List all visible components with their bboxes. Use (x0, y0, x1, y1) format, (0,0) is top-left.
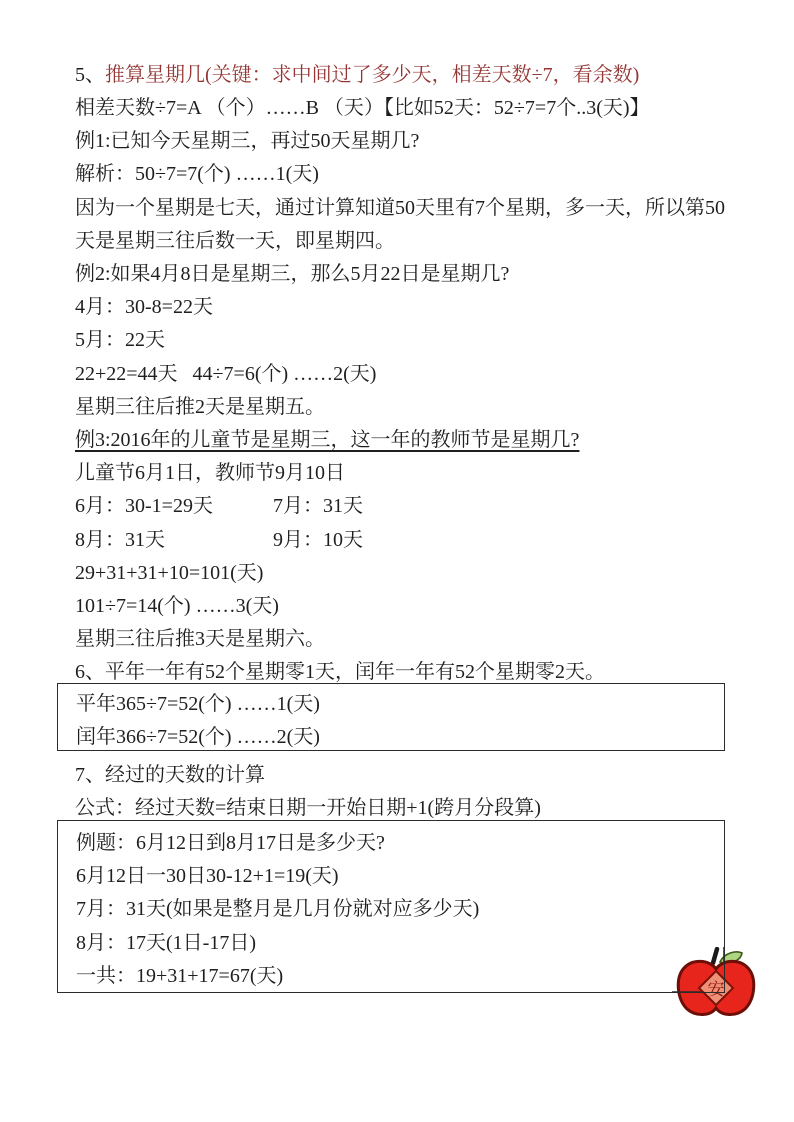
elapsed-june-calc: 6月12日一30日30-12+1=19(天) (76, 864, 339, 888)
example3-answer: 星期三往后推3天是星期六。 (75, 627, 325, 651)
example3-july: 7月：31天 (273, 495, 363, 517)
example2-answer: 星期三往后推2天是星期五。 (75, 395, 325, 419)
elapsed-days-example-box: 例题：6月12日到8月17日是多少天? 6月12日一30日30-12+1=19(… (57, 820, 725, 993)
example2-question: 例2:如果4月8日是星期三，那么5月22日是星期几? (75, 262, 509, 286)
section5-title: 推算星期几(关键：求中间过了多少天，相差天数÷7，看余数) (105, 64, 639, 86)
example1-solution: 解析：50÷7=7(个) ……1(天) (75, 162, 319, 186)
example2-may: 5月：22天 (75, 328, 165, 352)
leap-year-formula: 闰年366÷7=52(个) ……2(天) (76, 725, 320, 749)
example2-april: 4月：30-8=22天 (75, 295, 213, 319)
example3-sum: 29+31+31+10=101(天) (75, 561, 263, 585)
section5-number: 5、 (75, 64, 105, 86)
section5-heading: 5、推算星期几(关键：求中间过了多少天，相差天数÷7，看余数) (75, 63, 639, 87)
example3-june: 6月：30-1=29天 (75, 494, 273, 518)
example3-months-row1: 6月：30-1=29天7月：31天 (75, 494, 363, 518)
section7-title: 7、经过的天数的计算 (75, 763, 265, 787)
example3-september: 9月：10天 (273, 529, 363, 551)
example3-div: 101÷7=14(个) ……3(天) (75, 594, 279, 618)
example3-months-row2: 8月：31天9月：10天 (75, 528, 363, 552)
week-formula-line: 相差天数÷7=A （个）……B （天）【比如52天：52÷7=7个..3(天)】 (75, 96, 650, 120)
common-year-formula: 平年365÷7=52(个) ……1(天) (76, 692, 320, 716)
example2-calc: 22+22=44天 44÷7=6(个) ……2(天) (75, 362, 376, 386)
example1-explanation-2: 天是星期三往后数一天，即星期四。 (75, 229, 395, 253)
example3-dates: 儿童节6月1日，教师节9月10日 (75, 461, 345, 485)
elapsed-july-days: 7月：31天(如果是整月是几月份就对应多少天) (76, 897, 479, 921)
elapsed-example-question: 例题：6月12日到8月17日是多少天? (76, 831, 385, 855)
example3-august: 8月：31天 (75, 528, 273, 552)
leap-year-box: 平年365÷7=52(个) ……1(天) 闰年366÷7=52(个) ……2(天… (57, 683, 725, 751)
example3-question: 例3:2016年的儿童节是星期三，这一年的教师节是星期几? (75, 428, 579, 452)
example1-question: 例1:已知今天星期三，再过50天星期几? (75, 129, 419, 153)
section7-formula: 公式：经过天数=结束日期一开始日期+1(跨月分段算) (75, 796, 541, 820)
elapsed-august-days: 8月：17天(1日-17日) (76, 931, 256, 955)
document-page: 5、推算星期几(关键：求中间过了多少天，相差天数÷7，看余数) 相差天数÷7=A… (0, 0, 794, 1122)
section6-title: 6、平年一年有52个星期零1天，闰年一年有52个星期零2天。 (75, 660, 605, 684)
elapsed-total: 一共：19+31+17=67(天) (76, 964, 283, 988)
example1-explanation-1: 因为一个星期是七天，通过计算知道50天里有7个星期，多一天，所以第50 (75, 196, 725, 220)
